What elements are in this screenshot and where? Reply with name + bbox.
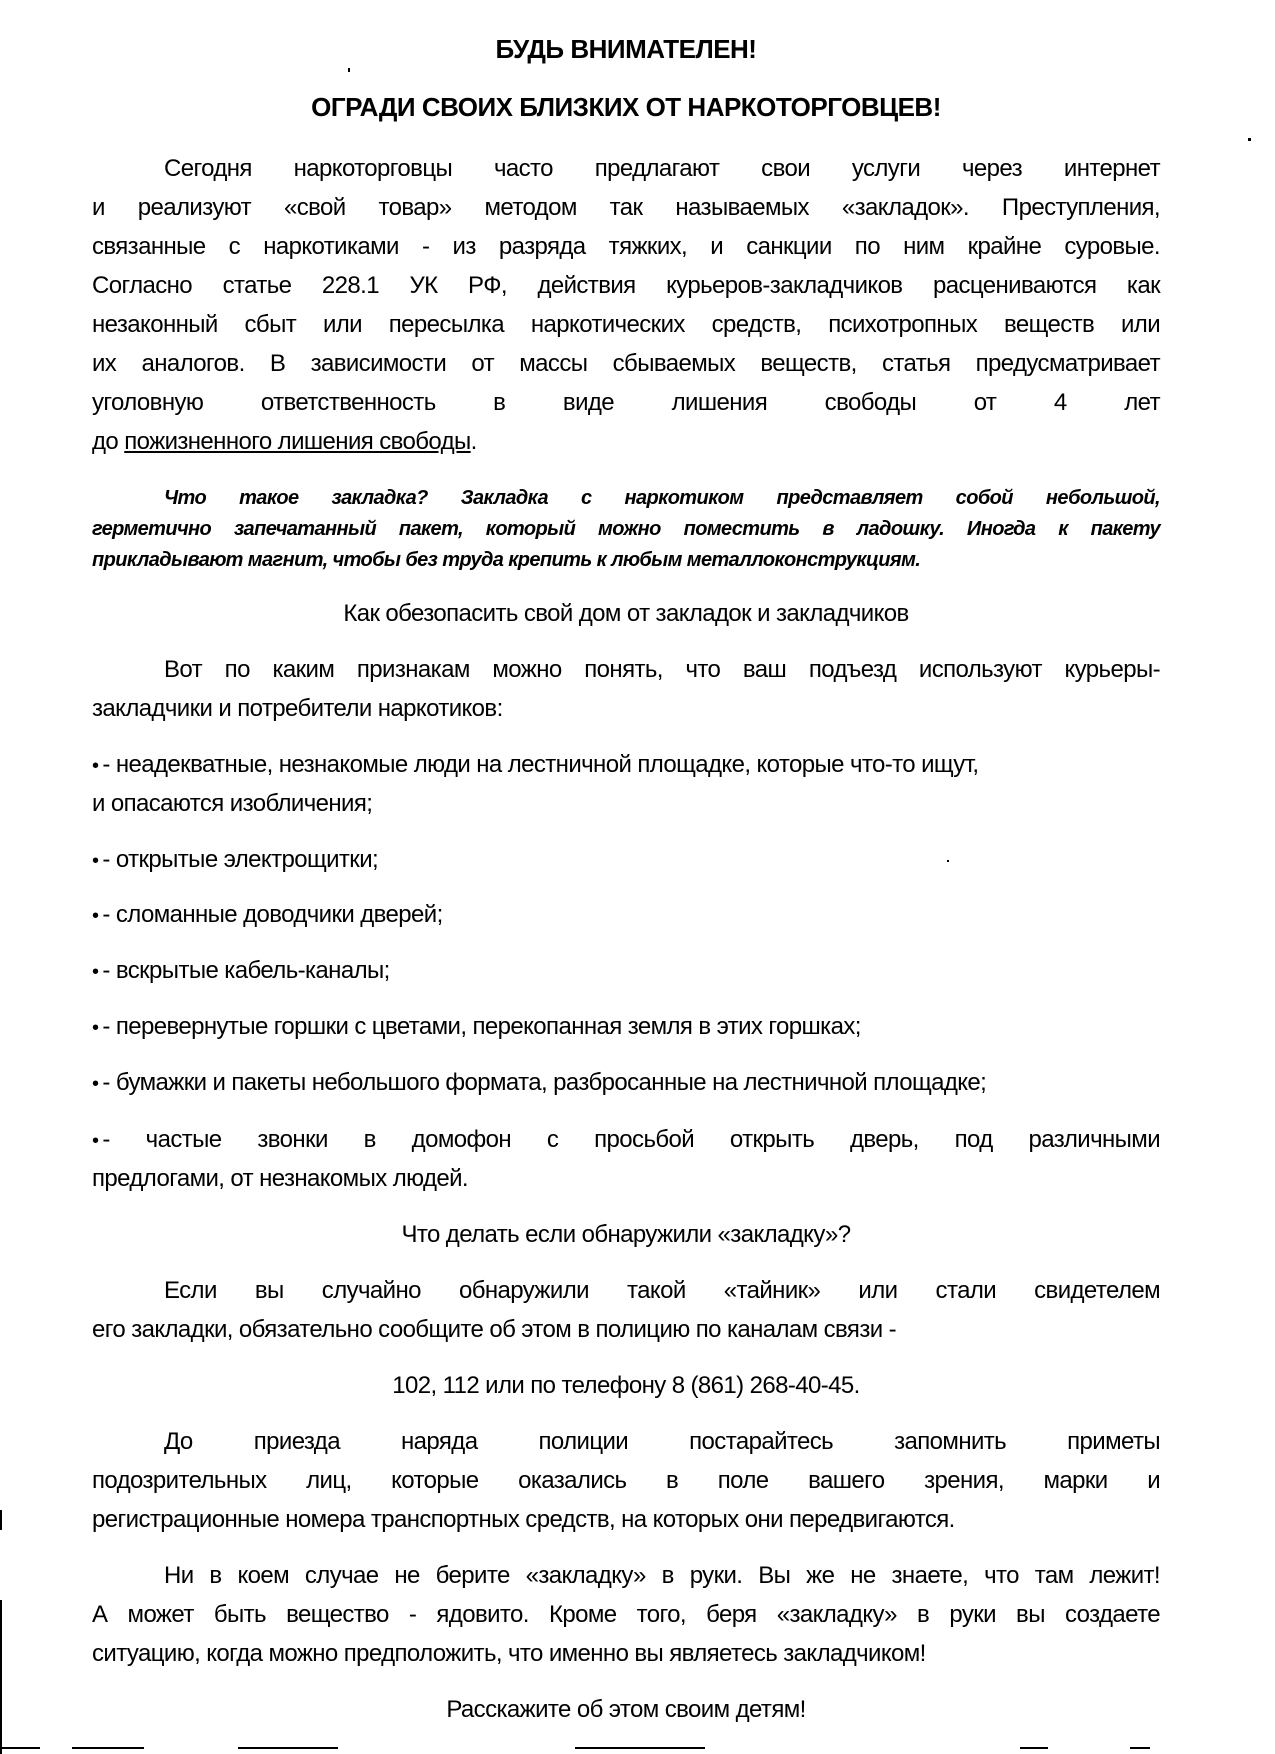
intro-line: незаконный сбыт или пересылка наркотичес… xyxy=(92,310,1160,340)
scan-artifact-bottom-line xyxy=(1130,1747,1150,1749)
bullet-icon: • xyxy=(92,1017,98,1039)
report-line: Если вы случайно обнаружили такой «тайни… xyxy=(92,1276,1160,1306)
remember-line: До приезда наряда полиции постарайтесь з… xyxy=(92,1427,1160,1457)
list-item: •- открытые электрощитки; xyxy=(92,845,1160,876)
list-item-text: - вскрытые кабель-каналы; xyxy=(102,957,389,984)
list-item-text: - сломанные доводчики дверей; xyxy=(102,901,442,928)
warning-line: ситуацию, когда можно предположить, что … xyxy=(92,1639,1160,1669)
list-item-text: - открытые электрощитки; xyxy=(102,846,378,873)
definition-line: герметично запечатанный пакет, который м… xyxy=(92,514,1160,544)
definition-line: Что такое закладка? Закладка с наркотико… xyxy=(92,483,1160,513)
list-item-text: - перевернутые горшки с цветами, перекоп… xyxy=(102,1013,860,1040)
warning-line: Ни в коем случае не берите «закладку» в … xyxy=(92,1561,1160,1591)
intro-suffix: . xyxy=(471,428,477,455)
bullet-icon: • xyxy=(92,905,98,927)
remember-line: регистрационные номера транспортных сред… xyxy=(92,1505,1160,1535)
definition-line: прикладывают магнит, чтобы без труда кре… xyxy=(92,545,1160,575)
scan-speck xyxy=(348,68,350,72)
list-item: •- частые звонки в домофон с просьбой от… xyxy=(92,1125,1160,1156)
list-item-text: - бумажки и пакеты небольшого формата, р… xyxy=(102,1069,986,1096)
list-item: •- неадекватные, незнакомые люди на лест… xyxy=(92,750,1160,781)
signs-intro-line: Вот по каким признакам можно понять, что… xyxy=(92,655,1160,685)
remember-line: подозрительных лиц, которые оказались в … xyxy=(92,1466,1160,1496)
scan-artifact-bottom-line xyxy=(575,1747,705,1749)
warning-line: А может быть вещество - ядовито. Кроме т… xyxy=(92,1600,1160,1630)
bullet-icon: • xyxy=(92,850,98,872)
list-item: •- перевернутые горшки с цветами, переко… xyxy=(92,1012,1160,1043)
list-item-continuation: и опасаются изобличения; xyxy=(92,789,1160,819)
life-sentence-underlined: пожизненного лишения свободы xyxy=(124,428,470,455)
intro-last-line: до пожизненного лишения свободы. xyxy=(92,427,1160,457)
bullet-icon: • xyxy=(92,1073,98,1095)
list-item-text: - неадекватные, незнакомые люди на лестн… xyxy=(102,751,978,778)
closing-appeal: Расскажите об этом своим детям! xyxy=(92,1695,1160,1725)
list-item-text: - частые звонки в домофон с просьбой отк… xyxy=(102,1126,1160,1153)
intro-line: и реализуют «свой товар» методом так наз… xyxy=(92,193,1160,223)
section-heading-what-to-do: Что делать если обнаружили «закладку»? xyxy=(92,1220,1160,1250)
bullet-icon: • xyxy=(92,1130,98,1152)
intro-line: Согласно статье 228.1 УК РФ, действия ку… xyxy=(92,271,1160,301)
title-warning: БУДЬ ВНИМАТЕЛЕН! xyxy=(92,34,1160,65)
list-item: •- бумажки и пакеты небольшого формата, … xyxy=(92,1068,1160,1099)
scan-artifact-margin-bar xyxy=(0,1600,2,1754)
list-item: •- вскрытые кабель-каналы; xyxy=(92,956,1160,987)
police-phone-numbers: 102, 112 или по телефону 8 (861) 268-40-… xyxy=(92,1371,1160,1401)
scan-artifact-bottom-line xyxy=(0,1747,40,1749)
intro-line: уголовную ответственность в виде лишения… xyxy=(92,388,1160,418)
title-protect: ОГРАДИ СВОИХ БЛИЗКИХ ОТ НАРКОТОРГОВЦЕВ! xyxy=(92,92,1160,123)
scan-speck xyxy=(947,860,949,862)
section-heading-protect-home: Как обезопасить свой дом от закладок и з… xyxy=(92,599,1160,629)
scan-speck xyxy=(1248,138,1251,141)
list-item-continuation: предлогами, от незнакомых людей. xyxy=(92,1164,1160,1194)
intro-line: связанные с наркотиками - из разряда тяж… xyxy=(92,232,1160,262)
bullet-icon: • xyxy=(92,755,98,777)
intro-line: Сегодня наркоторговцы часто предлагают с… xyxy=(92,154,1160,184)
report-line: его закладки, обязательно сообщите об эт… xyxy=(92,1315,1160,1345)
list-item: •- сломанные доводчики дверей; xyxy=(92,900,1160,931)
scan-artifact-margin-mark xyxy=(0,1510,2,1530)
intro-prefix: до xyxy=(92,428,124,455)
scan-artifact-bottom-line xyxy=(1020,1747,1048,1749)
scan-artifact-bottom-line xyxy=(72,1747,144,1749)
scan-artifact-bottom-line xyxy=(238,1747,338,1749)
intro-line: их аналогов. В зависимости от массы сбыв… xyxy=(92,349,1160,379)
signs-intro-line: закладчики и потребители наркотиков: xyxy=(92,694,1160,724)
bullet-icon: • xyxy=(92,961,98,983)
